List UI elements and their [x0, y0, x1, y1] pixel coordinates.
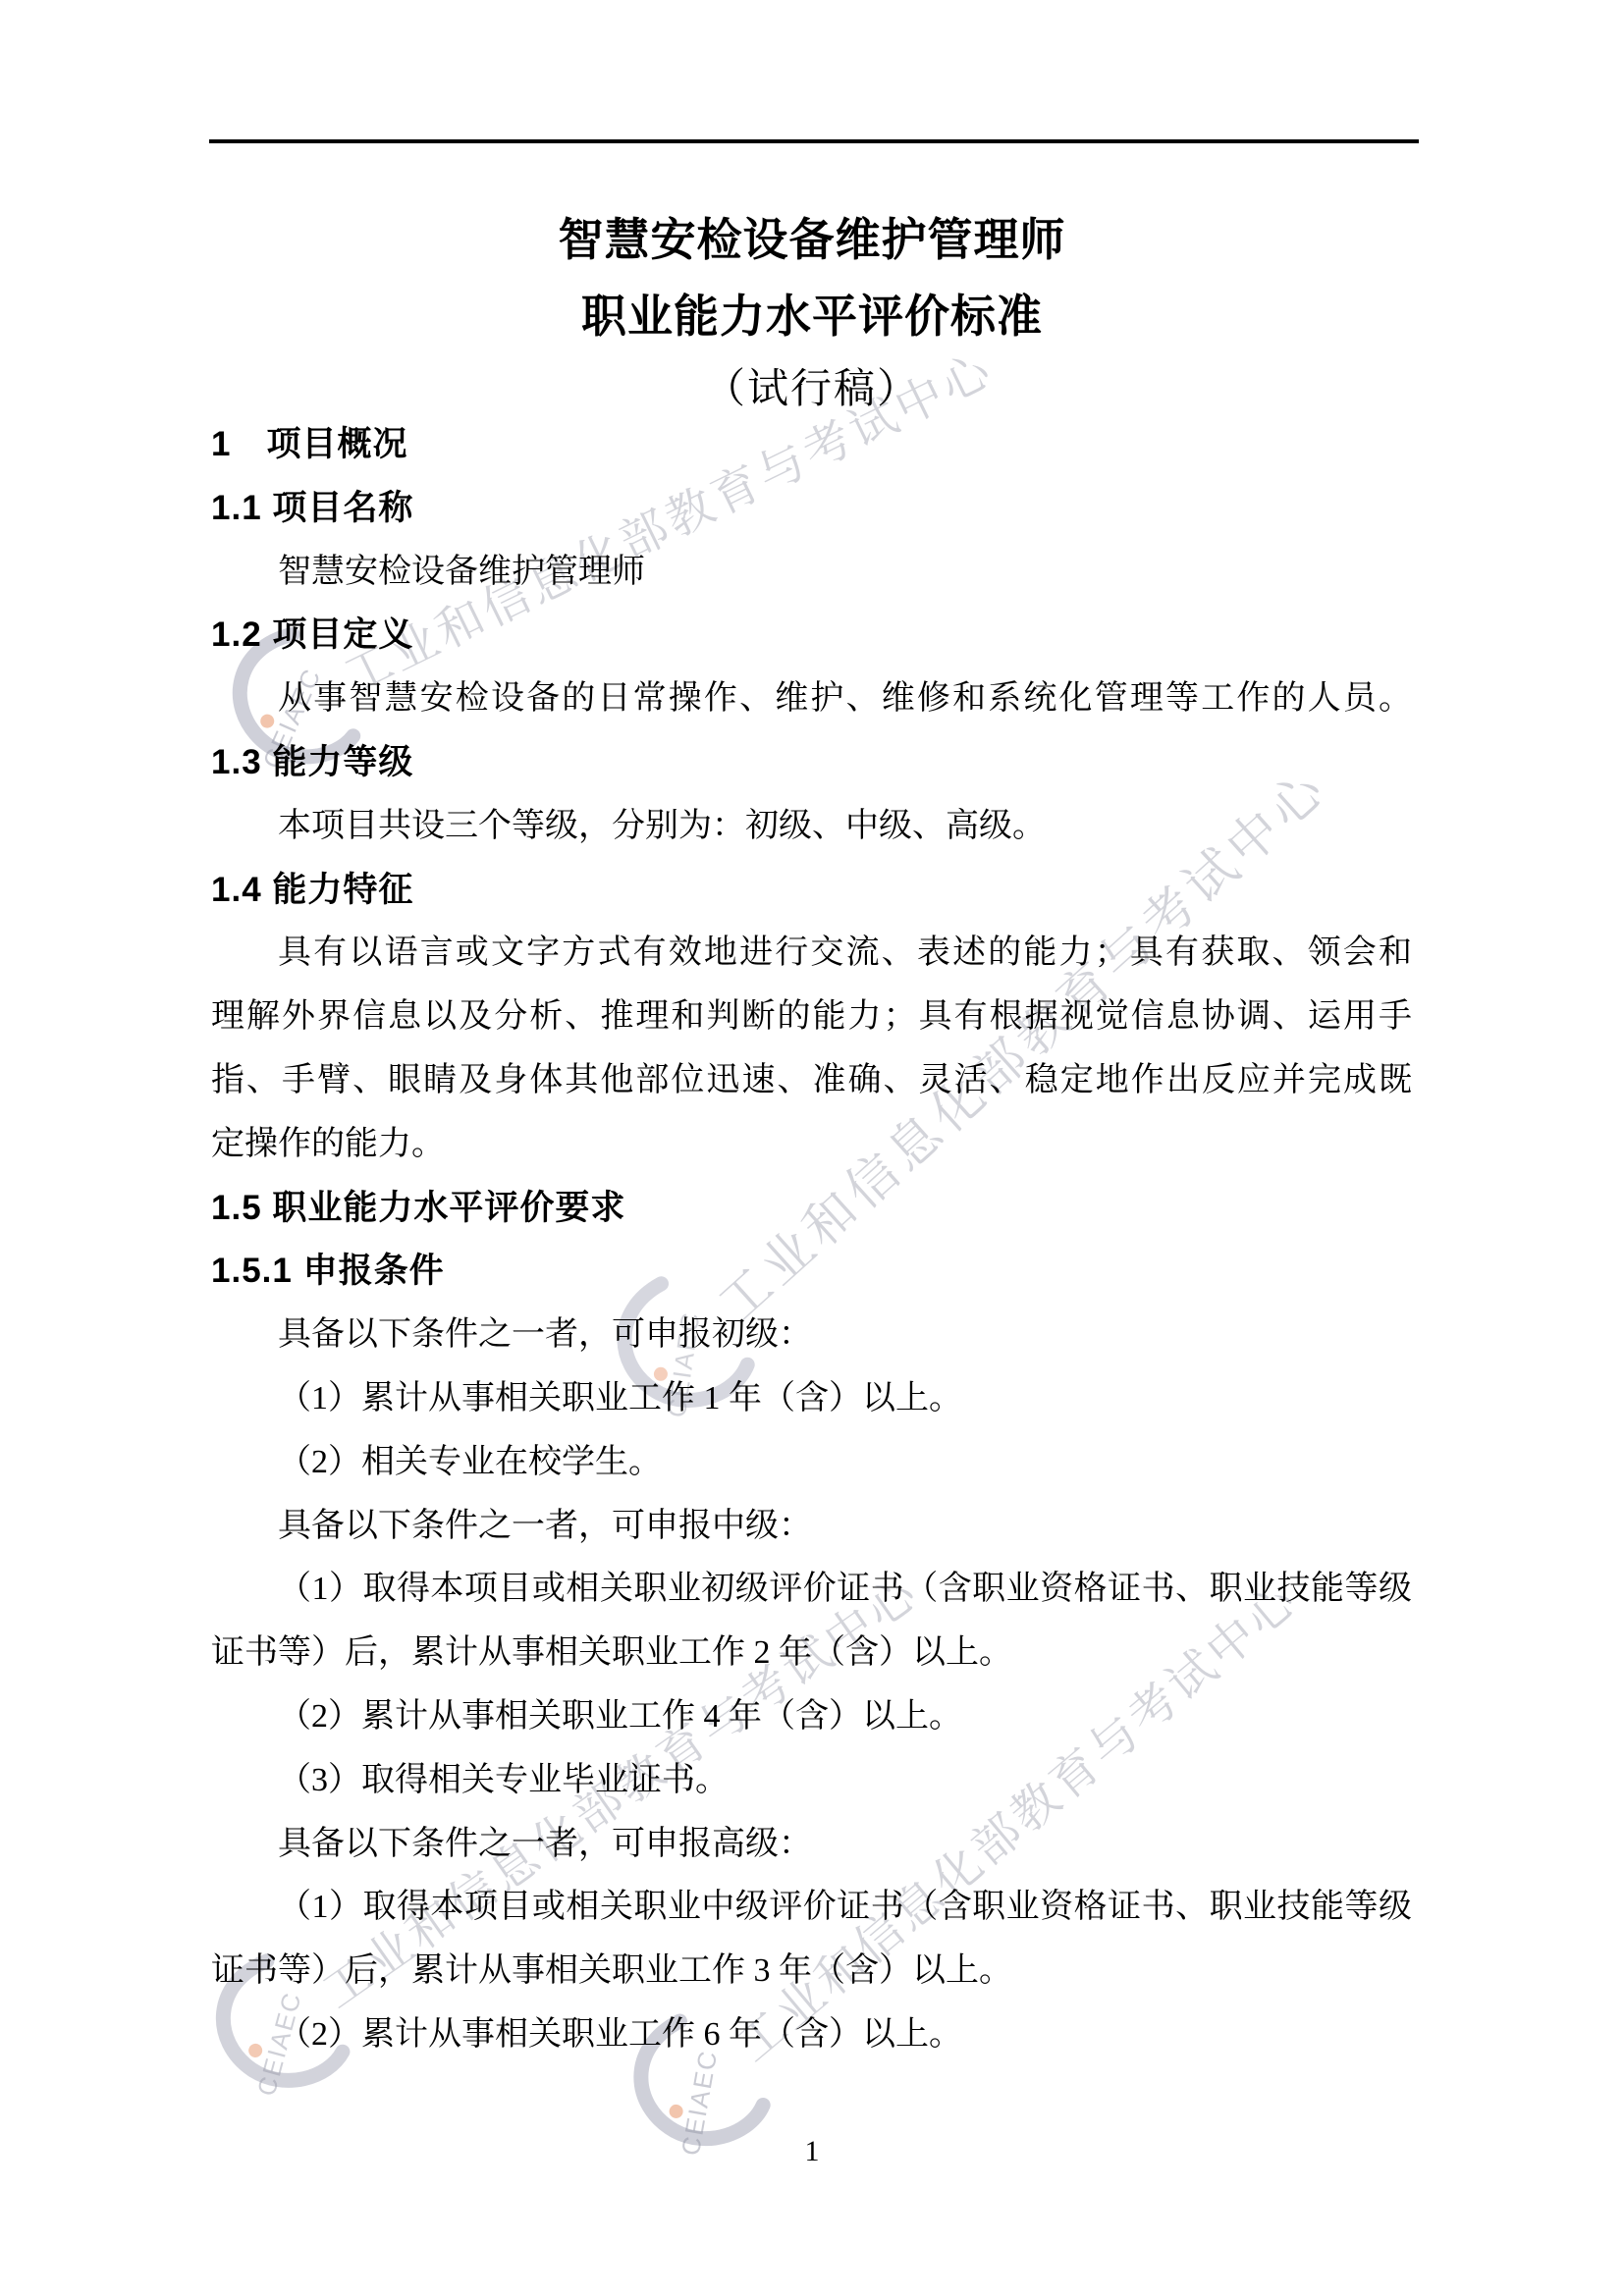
body-text-line: （1）累计从事相关职业工作 1 年（含）以上。: [211, 1373, 1412, 1424]
header-rule: [209, 139, 1419, 143]
page-number: 1: [0, 2128, 1624, 2175]
heading-line: 1.3 能力等级: [211, 737, 1412, 788]
body-text-line: 从事智慧安检设备的日常操作、维护、维修和系统化管理等工作的人员。: [211, 673, 1412, 724]
body-text-line: 具备以下条件之一者，可申报中级：: [211, 1501, 1412, 1552]
body-text-line: 证书等）后，累计从事相关职业工作 3 年（含）以上。: [211, 1946, 1412, 1997]
body-text-line: （2）累计从事相关职业工作 4 年（含）以上。: [211, 1691, 1412, 1742]
document-title-line2: 职业能力水平评价标准: [212, 289, 1412, 344]
heading-line: 1 项目概况: [211, 419, 1412, 470]
body-text-line: 具有以语言或文字方式有效地进行交流、表述的能力；具有获取、领会和: [211, 928, 1412, 979]
document-page: CEIAEC 工业和信息化部教育与考试中心 CEIAEC 工业和信息化部教育与考…: [0, 0, 1624, 2296]
body-text-line: 具备以下条件之一者，可申报初级：: [211, 1309, 1412, 1361]
body-text-line: 智慧安检设备维护管理师: [211, 547, 1412, 598]
heading-line: 1.5 职业能力水平评价要求: [211, 1183, 1412, 1234]
body-text-line: （1）取得本项目或相关职业中级评价证书（含职业资格证书、职业技能等级: [211, 1882, 1412, 1933]
heading-line: 1.5.1 申报条件: [211, 1246, 1412, 1297]
body-text-line: （3）取得相关专业毕业证书。: [211, 1755, 1412, 1806]
document-subtitle: （试行稿）: [212, 364, 1412, 415]
body-text-line: 本项目共设三个等级，分别为：初级、中级、高级。: [211, 801, 1412, 852]
document-title-line1: 智慧安检设备维护管理师: [212, 212, 1412, 267]
body-text-line: 具备以下条件之一者，可申报高级：: [211, 1819, 1412, 1870]
body-text-line: 证书等）后，累计从事相关职业工作 2 年（含）以上。: [211, 1628, 1412, 1679]
body-text-line: （2）相关专业在校学生。: [211, 1437, 1412, 1488]
heading-line: 1.1 项目名称: [211, 483, 1412, 534]
body-text-line: 指、手臂、眼睛及身体其他部位迅速、准确、灵活、稳定地作出反应并完成既: [211, 1055, 1412, 1106]
body-text-line: 定操作的能力。: [211, 1119, 1412, 1170]
heading-line: 1.4 能力特征: [211, 865, 1412, 916]
body-text-line: （2）累计从事相关职业工作 6 年（含）以上。: [211, 2009, 1412, 2060]
content-layer: 智慧安检设备维护管理师 职业能力水平评价标准 （试行稿） 1 项目概况1.1 项…: [0, 0, 1624, 2296]
body-text-line: 理解外界信息以及分析、推理和判断的能力；具有根据视觉信息协调、运用手: [211, 991, 1412, 1042]
body-text-line: （1）取得本项目或相关职业初级评价证书（含职业资格证书、职业技能等级: [211, 1564, 1412, 1615]
heading-line: 1.2 项目定义: [211, 610, 1412, 661]
